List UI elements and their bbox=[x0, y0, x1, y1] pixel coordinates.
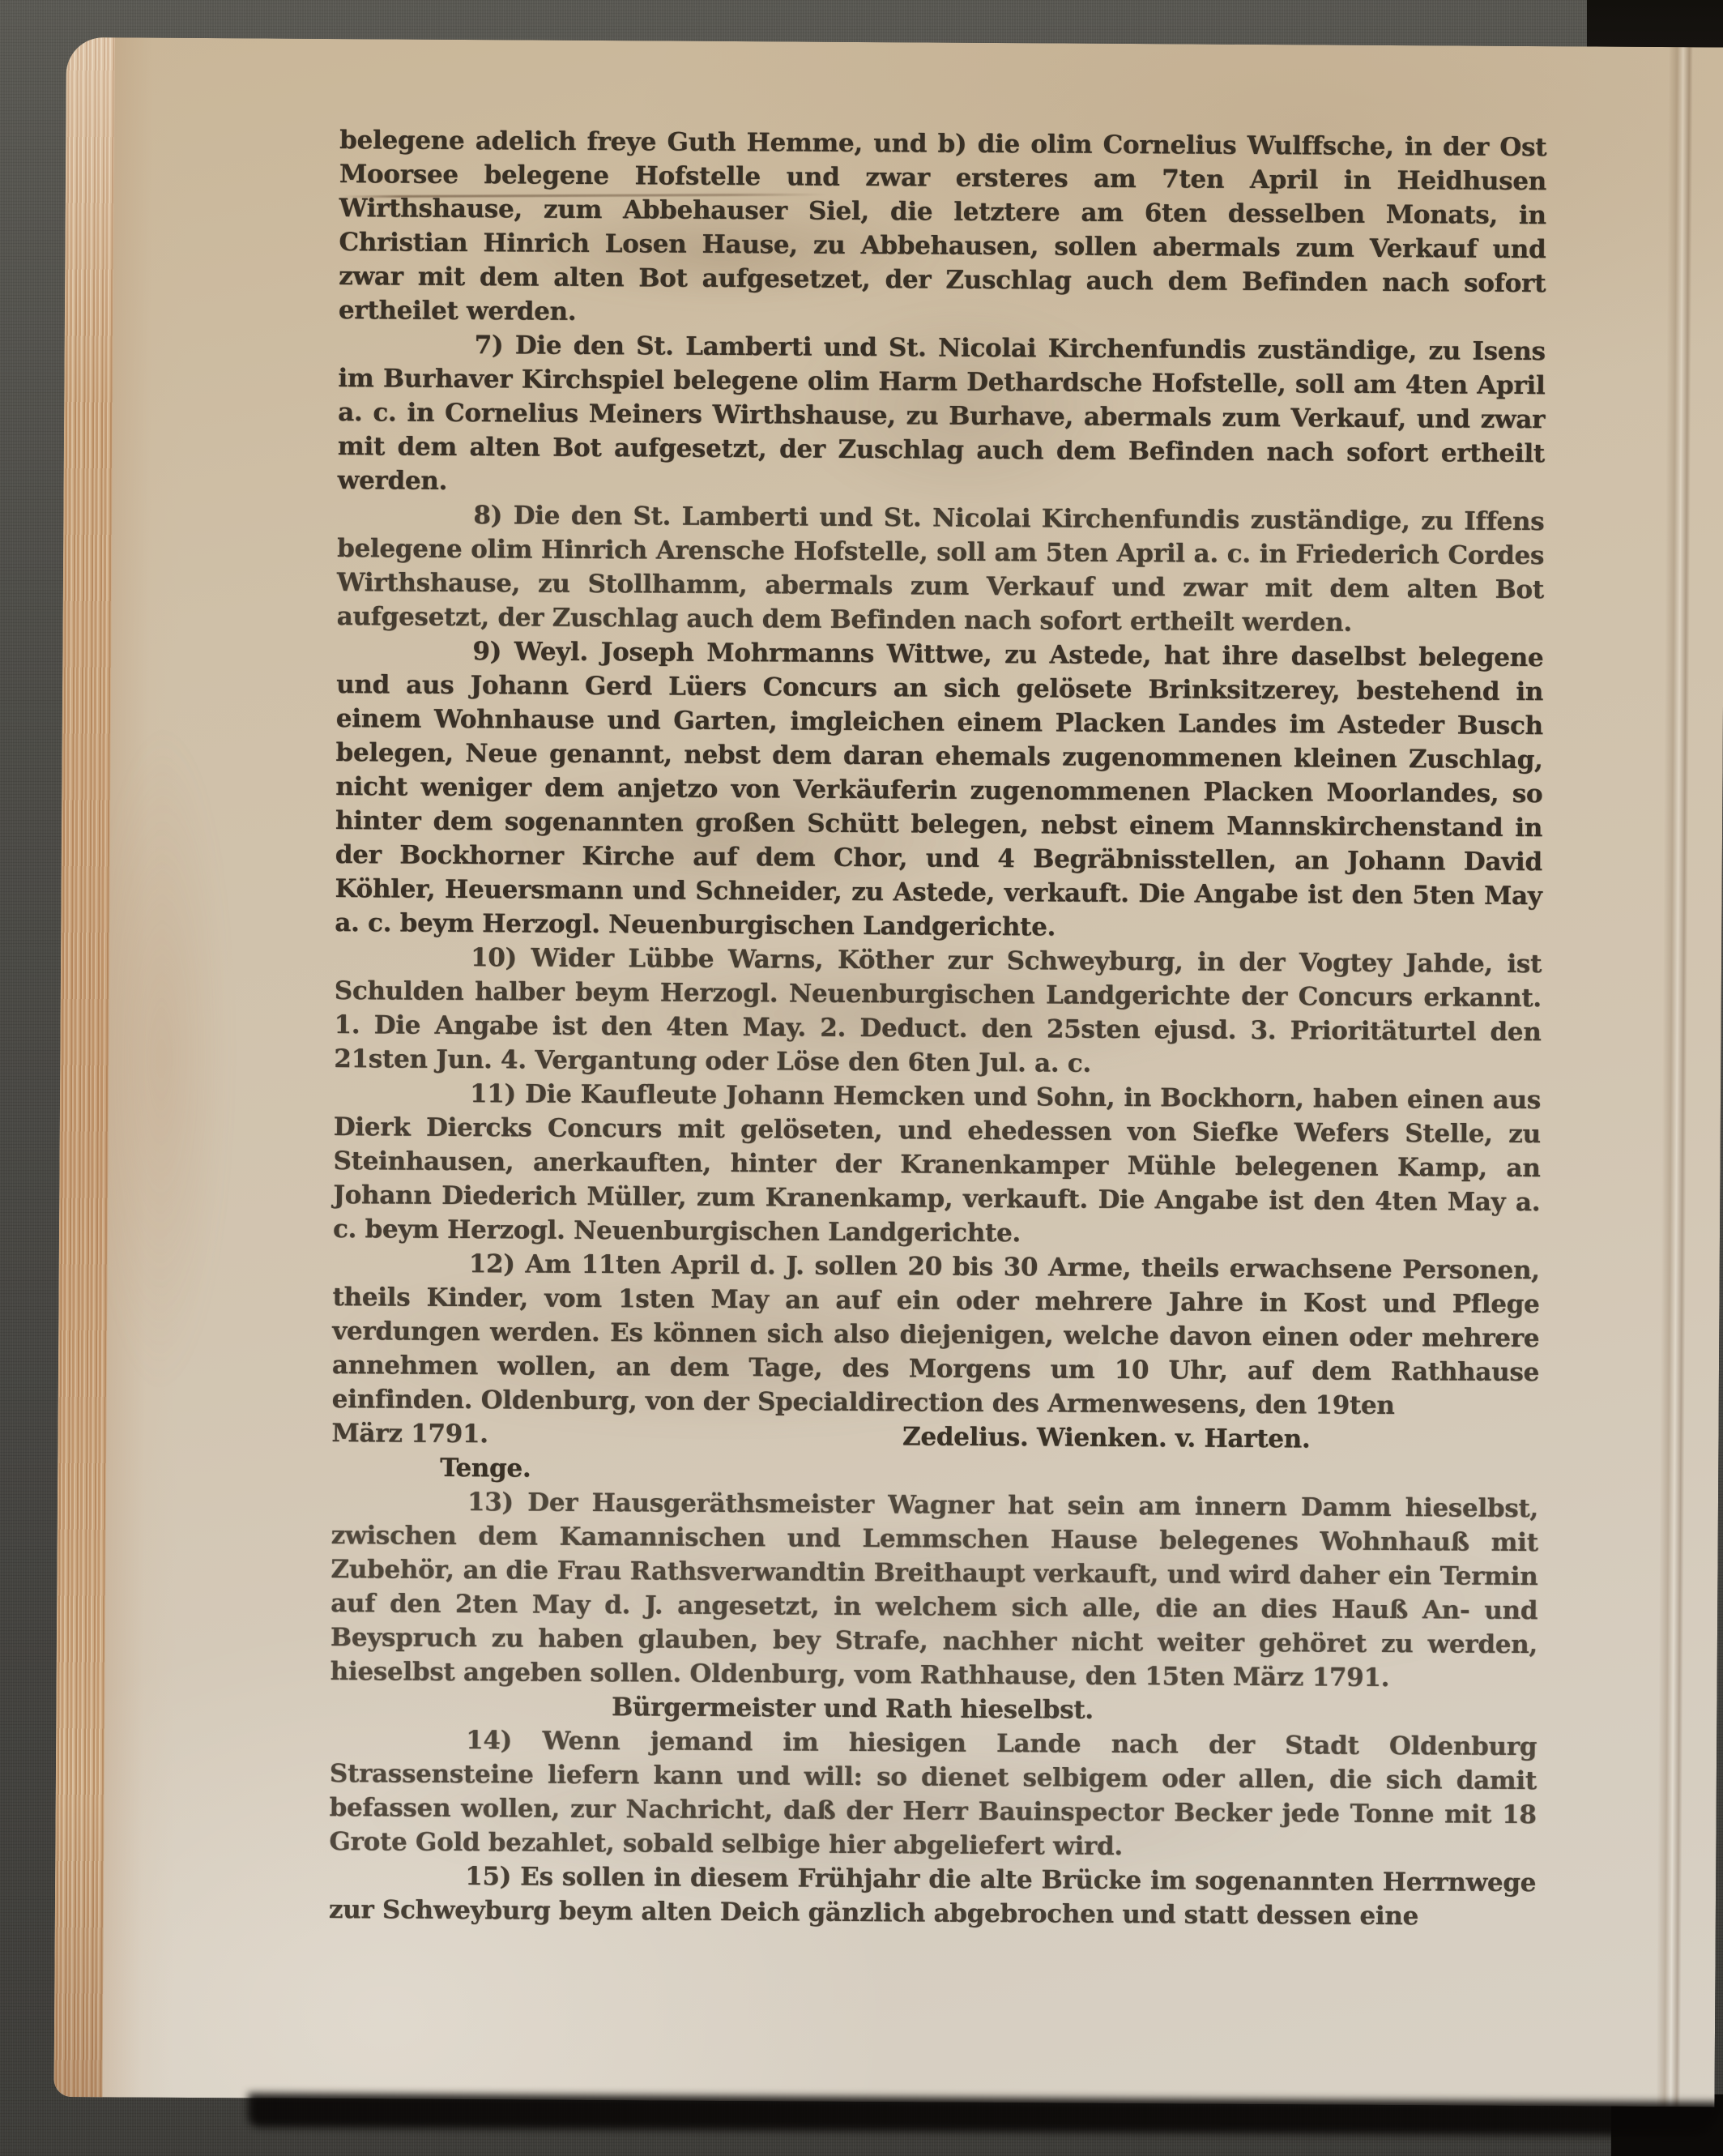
paper-fold bbox=[1656, 47, 1693, 2107]
signature-date: März 1791. bbox=[331, 1416, 488, 1451]
paragraph-item-12: 12) Am 11ten April d. J. sollen 20 bis 3… bbox=[332, 1246, 1540, 1424]
paragraph-continuation: belegene adelich freye Guth Hemme, und b… bbox=[339, 123, 1547, 335]
foxing-stain bbox=[91, 726, 232, 1391]
book-page: belegene adelich freye Guth Hemme, und b… bbox=[53, 37, 1723, 2107]
paragraph-item-14: 14) Wenn jemand im hiesigen Lande nach d… bbox=[329, 1723, 1537, 1866]
paragraph-item-8: 8) Die den St. Lamberti und St. Nicolai … bbox=[337, 497, 1545, 641]
paragraph-item-13: 13) Der Hausgeräthsmeister Wagner hat se… bbox=[331, 1484, 1539, 1696]
paragraph-item-15: 15) Es sollen in diesem Frühjahr die alt… bbox=[329, 1859, 1536, 1934]
text-column: belegene adelich freye Guth Hemme, und b… bbox=[329, 123, 1547, 1934]
paragraph-item-11: 11) Die Kaufleute Johann Hemcken und Soh… bbox=[333, 1076, 1541, 1253]
paragraph-item-10: 10) Wider Lübbe Warns, Köther zur Schwey… bbox=[334, 940, 1542, 1083]
scanner-background: belegene adelich freye Guth Hemme, und b… bbox=[0, 0, 1723, 2156]
paragraph-item-7: 7) Die den St. Lamberti und St. Nicolai … bbox=[338, 327, 1546, 505]
signature-names: Zedelius. Wienken. v. Harten. bbox=[902, 1420, 1311, 1456]
paragraph-item-9: 9) Weyl. Joseph Mohrmanns Wittwe, zu Ast… bbox=[335, 634, 1543, 947]
